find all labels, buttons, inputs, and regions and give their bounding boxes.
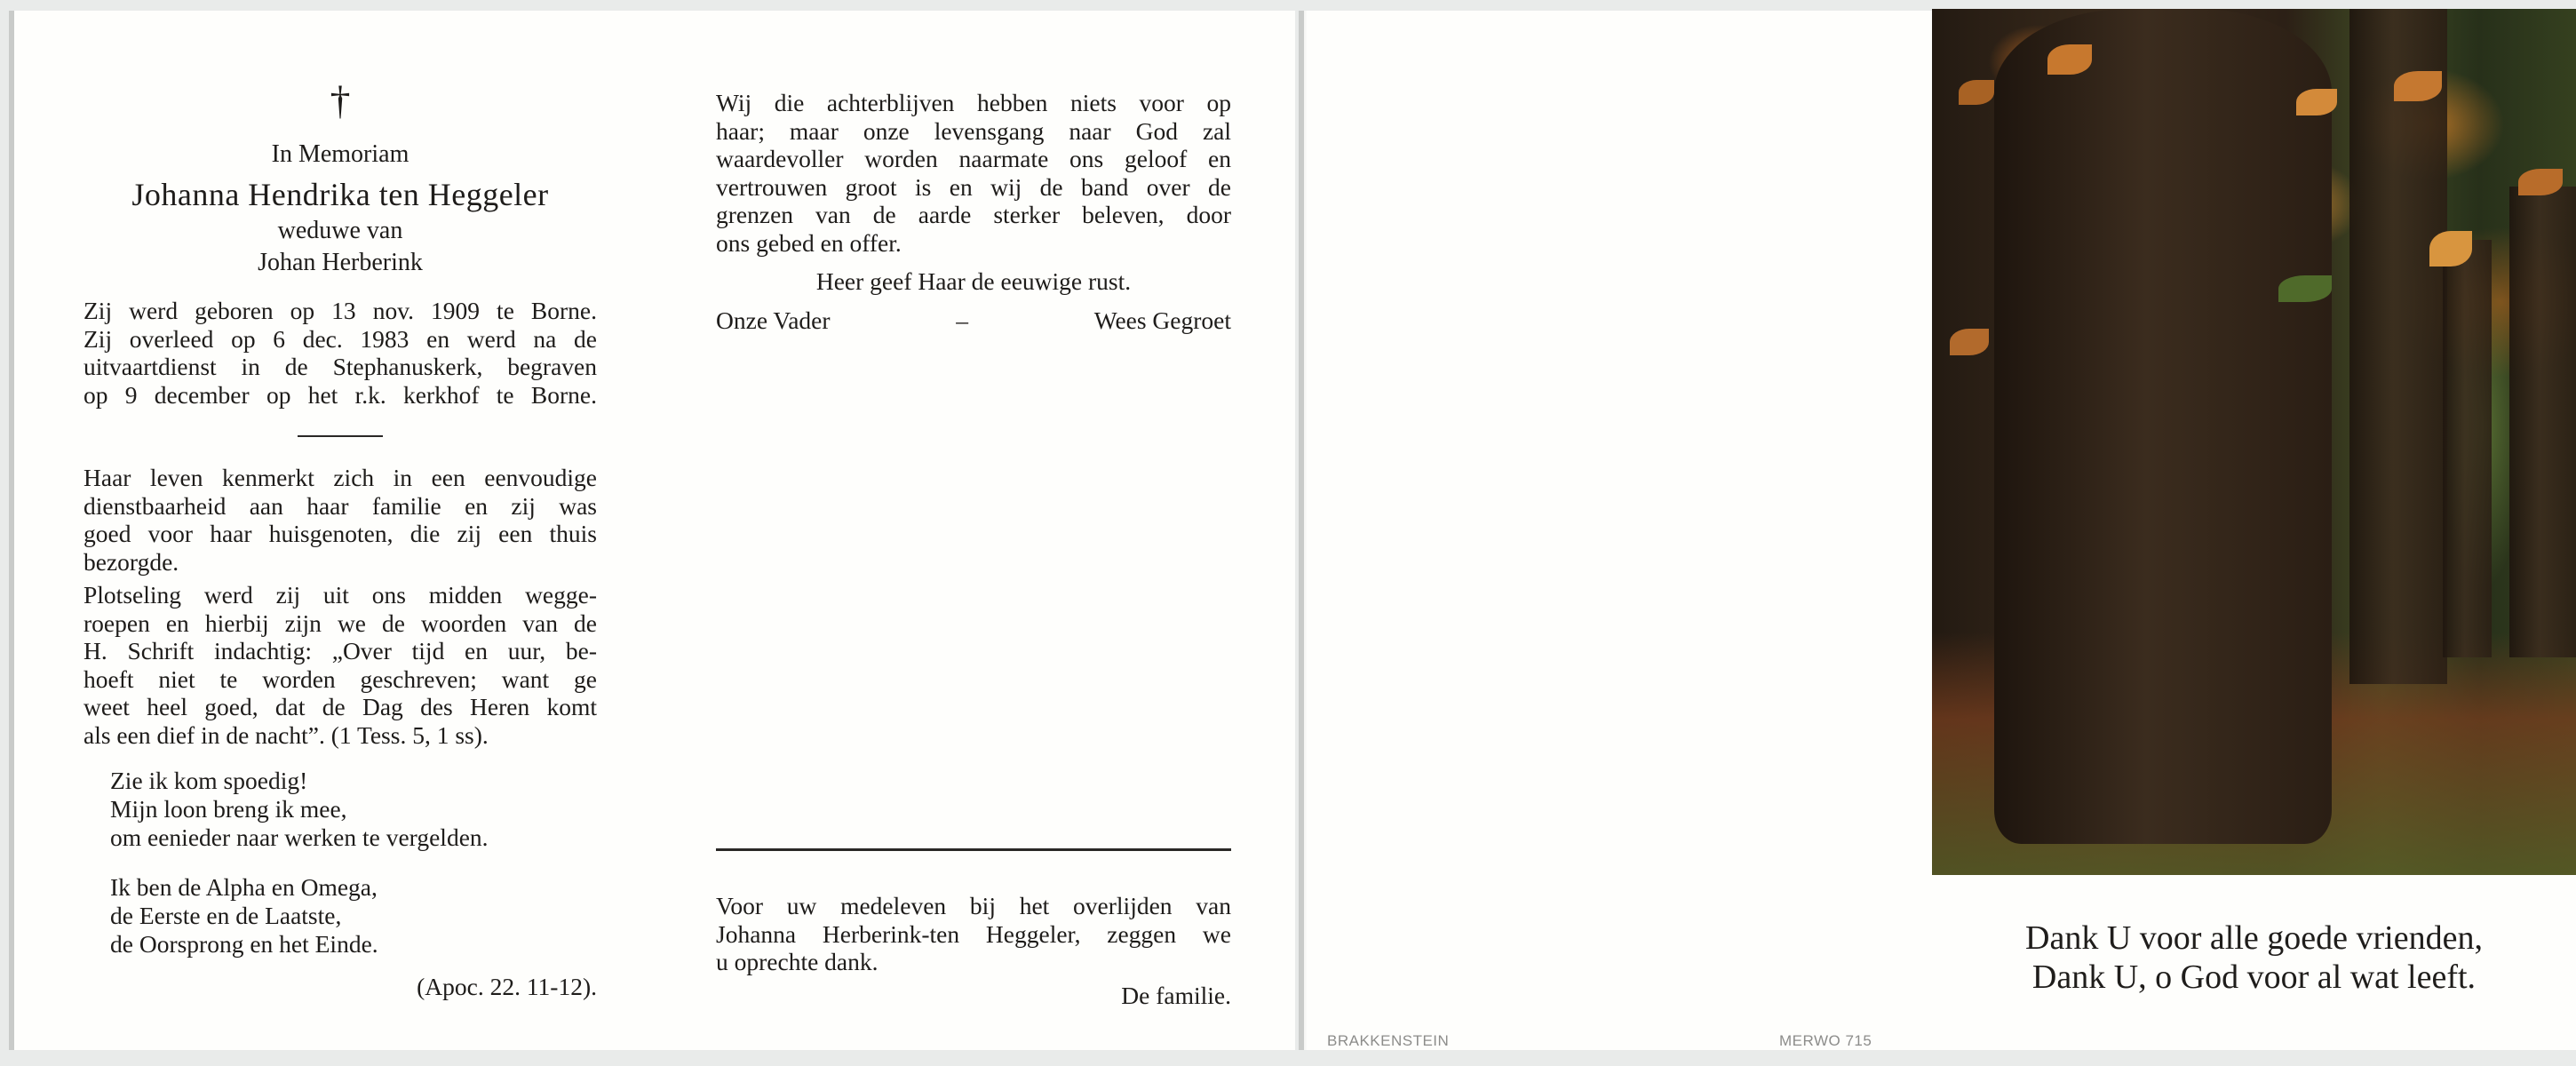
caption-line: Dank U voor alle goede vrienden,: [1932, 919, 2576, 958]
section-divider: [298, 435, 383, 437]
verse-line: de Oorsprong en het Einde.: [110, 930, 597, 959]
scripture-line: weet heel goed, dat de Dag des Heren kom…: [83, 693, 597, 721]
thanks-line: u oprechte dank.: [716, 948, 1231, 976]
leaf: [1950, 329, 1989, 355]
leaf: [2429, 231, 2472, 266]
scripture-line: H. Schrift indachtig: „Over tijd en uur,…: [83, 637, 597, 665]
verse-reference: (Apoc. 22. 11-12).: [83, 973, 597, 1001]
deceased-name: Johanna Hendrika ten Heggeler: [83, 176, 597, 213]
scripture-line: roepen en hierbij zijn we de woorden van…: [83, 609, 597, 638]
thanks-divider: [716, 848, 1231, 851]
prayer-line: vertrouwen groot is en wij de band over …: [716, 173, 1231, 202]
verse-block-1: Zie ik kom spoedig! Mijn loon breng ik m…: [83, 767, 597, 852]
prayer-panel: Wij die achterblijven hebben niets voor …: [716, 11, 1231, 1050]
scripture-line: als een dief in de nacht”. (1 Tess. 5, 1…: [83, 721, 597, 750]
thanks-line: Voor uw medeleven bij het overlijden van: [716, 892, 1231, 920]
prayer-line: waardevoller worden naarmate ons geloof …: [716, 145, 1231, 173]
family-signature: De familie.: [1121, 982, 1231, 1010]
leaf: [2278, 275, 2332, 302]
life-paragraph: Haar leven kenmerkt zich in een eenvoudi…: [83, 464, 597, 576]
life-line: bezorgde.: [83, 548, 597, 577]
verse-line: de Eerste en de Laatste,: [110, 902, 597, 930]
prayer-line: grenzen van de aarde sterker beleven, do…: [716, 201, 1231, 229]
scripture-paragraph: Plotseling werd zij uit ons midden wegge…: [83, 581, 597, 749]
prayers-row: Onze Vader – Wees Gegroet: [716, 306, 1231, 335]
scripture-line: Plotseling werd zij uit ons midden wegge…: [83, 581, 597, 609]
verse-line: om eenieder naar werken te vergelden.: [110, 823, 597, 852]
tree-trunk: [2349, 9, 2447, 684]
leaf: [2394, 71, 2442, 101]
life-line: goed voor haar huisgenoten, die zij een …: [83, 520, 597, 548]
forest-photo: [1932, 9, 2576, 875]
life-line: dienstbaarheid aan haar familie en zij w…: [83, 492, 597, 521]
verse-line: Ik ben de Alpha en Omega,: [110, 873, 597, 902]
husband-name: Johan Herberink: [83, 249, 597, 277]
leaf: [2518, 169, 2563, 195]
prayer-our-father: Onze Vader: [716, 306, 831, 335]
prayer-separator: –: [956, 306, 968, 335]
dates-paragraph: Zij werd geboren op 13 nov. 1909 te Born…: [83, 297, 597, 409]
dates-line: Zij overleed op 6 dec. 1983 en werd na d…: [83, 325, 597, 354]
dates-line: Zij werd geboren op 13 nov. 1909 te Born…: [83, 297, 597, 325]
prayer-line: haar; maar onze levensgang naar God zal: [716, 117, 1231, 146]
prayer-line: Wij die achterblijven hebben niets voor …: [716, 89, 1231, 117]
thanks-paragraph: Voor uw medeleven bij het overlijden van…: [716, 892, 1231, 976]
eternal-rest-line: Heer geef Haar de eeuwige rust.: [716, 267, 1231, 296]
scripture-line: hoeft niet te worden geschreven; want ge: [83, 665, 597, 694]
print-code: MERWO 715: [1779, 1032, 1872, 1050]
cross-icon: †: [83, 80, 597, 121]
printer-name: BRAKKENSTEIN: [1327, 1032, 1449, 1050]
thanks-line: Johanna Herberink-ten Heggeler, zeggen w…: [716, 920, 1231, 949]
verse-line: Mijn loon breng ik mee,: [110, 795, 597, 823]
widow-of-label: weduwe van: [83, 217, 597, 245]
prayer-paragraph: Wij die achterblijven hebben niets voor …: [716, 89, 1231, 257]
memorial-text-panel: † In Memoriam Johanna Hendrika ten Hegge…: [83, 11, 597, 1001]
fold-shadow: [1304, 11, 1308, 1050]
dates-line: op 9 december op het r.k. kerkhof te Bor…: [83, 381, 597, 410]
card-inner-sheet: † In Memoriam Johanna Hendrika ten Hegge…: [9, 11, 1295, 1050]
leaf: [2047, 44, 2092, 75]
photo-caption: Dank U voor alle goede vrienden, Dank U,…: [1932, 919, 2576, 997]
tree-trunk: [2509, 187, 2576, 657]
in-memoriam-heading: In Memoriam: [83, 140, 597, 169]
dates-line: uitvaartdienst in de Stephanuskerk, begr…: [83, 353, 597, 381]
leaf: [2296, 89, 2337, 115]
verse-line: Zie ik kom spoedig!: [110, 767, 597, 795]
tree-trunk: [1994, 9, 2332, 844]
verse-block-2: Ik ben de Alpha en Omega, de Eerste en d…: [83, 873, 597, 959]
tree-trunk: [2443, 240, 2492, 657]
life-line: Haar leven kenmerkt zich in een eenvoudi…: [83, 464, 597, 492]
prayer-line: ons gebed en offer.: [716, 229, 1231, 258]
caption-line: Dank U, o God voor al wat leeft.: [1932, 958, 2576, 997]
prayer-hail-mary: Wees Gegroet: [1094, 306, 1231, 335]
leaf: [1959, 80, 1994, 105]
